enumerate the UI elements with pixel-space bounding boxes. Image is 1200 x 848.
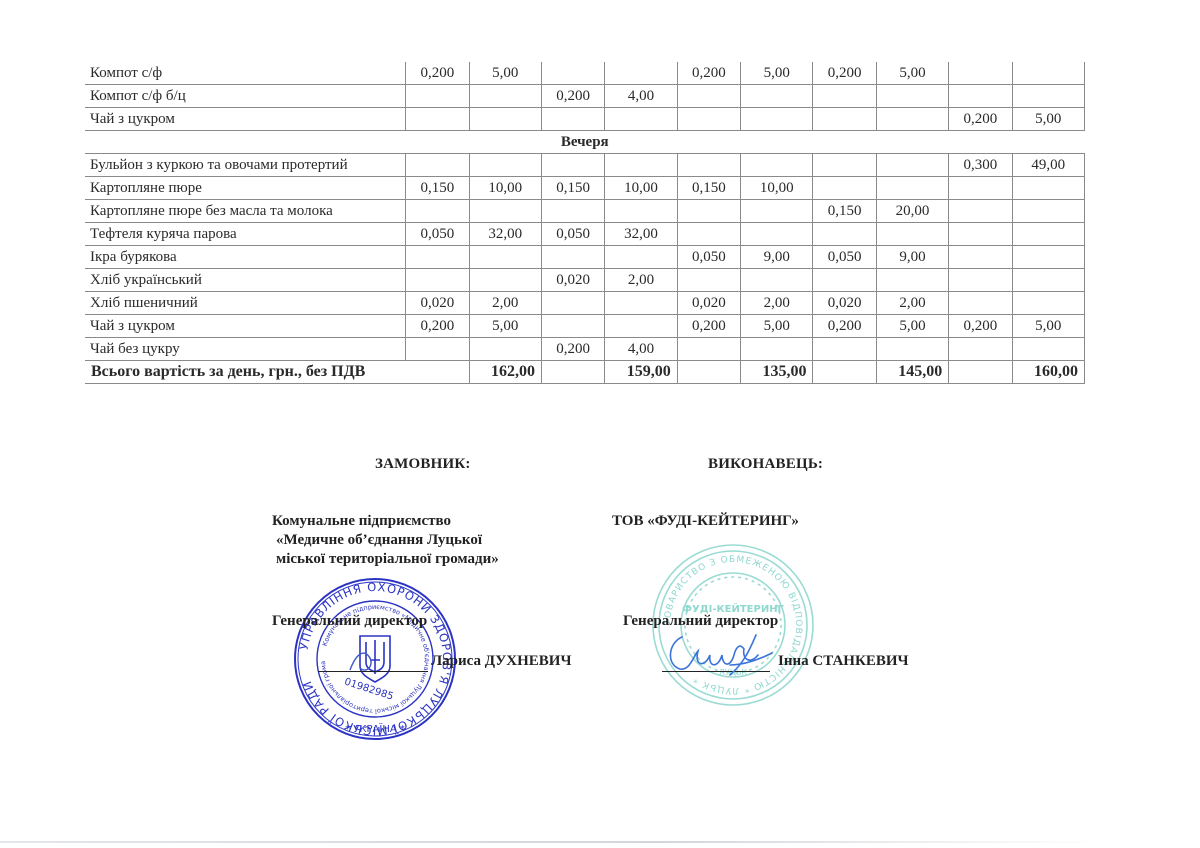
price-cell [469, 246, 541, 269]
price-cell [605, 315, 677, 338]
portion-cell [677, 338, 740, 361]
table-row: Ікра бурякова0,0509,000,0509,00 [85, 246, 1085, 269]
portion-cell [541, 315, 604, 338]
price-cell [876, 154, 948, 177]
price-cell: 2,00 [741, 292, 813, 315]
portion-cell [541, 292, 604, 315]
portion-cell: 0,150 [541, 177, 604, 200]
price-cell: 5,00 [469, 315, 541, 338]
price-cell: 32,00 [469, 223, 541, 246]
portion-cell [949, 223, 1012, 246]
price-cell [741, 223, 813, 246]
section-header-row: Вечеря [85, 131, 1085, 154]
portion-cell: 0,200 [406, 315, 469, 338]
customer-org-line-2: «Медичне об’єднання Луцької [272, 531, 499, 550]
dish-name: Чай з цукром [85, 315, 406, 338]
dish-name: Чай з цукром [85, 108, 406, 131]
portion-cell: 0,020 [677, 292, 740, 315]
total-value-3: 135,00 [741, 361, 813, 384]
portion-cell: 0,150 [406, 177, 469, 200]
total-value-2: 159,00 [605, 361, 677, 384]
table-row: Чай без цукру0,2004,00 [85, 338, 1085, 361]
contractor-heading: ВИКОНАВЕЦЬ: [708, 456, 823, 473]
contractor-organization: ТОВ «ФУДІ-КЕЙТЕРИНГ» [612, 512, 799, 531]
price-cell [1012, 223, 1084, 246]
portion-cell [949, 338, 1012, 361]
empty-cell [677, 361, 740, 384]
empty-cell [541, 361, 604, 384]
table-row: Компот с/ф0,2005,000,2005,000,2005,00 [85, 62, 1085, 85]
portion-cell [541, 154, 604, 177]
portion-cell [406, 338, 469, 361]
portion-cell [949, 200, 1012, 223]
dish-name: Бульйон з куркою та овочами протертий [85, 154, 406, 177]
page-edge [0, 841, 1100, 843]
total-value-5: 160,00 [1012, 361, 1084, 384]
price-cell [741, 269, 813, 292]
dish-name: Картопляне пюре [85, 177, 406, 200]
price-cell: 5,00 [1012, 108, 1084, 131]
table-row: Бульйон з куркою та овочами протертий0,3… [85, 154, 1085, 177]
customer-heading: ЗАМОВНИК: [375, 456, 471, 473]
portion-cell: 0,200 [541, 85, 604, 108]
dish-name: Тефтеля куряча парова [85, 223, 406, 246]
portion-cell [541, 200, 604, 223]
portion-cell [406, 85, 469, 108]
price-cell: 5,00 [876, 315, 948, 338]
price-cell: 4,00 [605, 338, 677, 361]
portion-cell: 0,150 [813, 200, 876, 223]
customer-signature-line [318, 671, 428, 672]
portion-cell [406, 269, 469, 292]
price-cell: 4,00 [605, 85, 677, 108]
portion-cell: 0,020 [541, 269, 604, 292]
portion-cell [949, 269, 1012, 292]
table-row: Тефтеля куряча парова0,05032,000,05032,0… [85, 223, 1085, 246]
price-cell: 49,00 [1012, 154, 1084, 177]
price-cell [469, 338, 541, 361]
price-cell [876, 177, 948, 200]
price-cell [1012, 292, 1084, 315]
table-row: Картопляне пюре без масла та молока0,150… [85, 200, 1085, 223]
customer-stamp-country: * УКРАЇНА * [345, 722, 405, 735]
price-cell [1012, 200, 1084, 223]
portion-cell [677, 223, 740, 246]
dish-name: Компот с/ф [85, 62, 406, 85]
price-cell [1012, 338, 1084, 361]
price-cell: 5,00 [1012, 315, 1084, 338]
portion-cell [813, 85, 876, 108]
price-cell: 10,00 [469, 177, 541, 200]
price-cell [469, 200, 541, 223]
contractor-org-line-1: ТОВ «ФУДІ-КЕЙТЕРИНГ» [612, 512, 799, 531]
price-cell [876, 108, 948, 131]
section-title: Вечеря [85, 131, 1085, 154]
price-cell [741, 108, 813, 131]
dish-name: Картопляне пюре без масла та молока [85, 200, 406, 223]
portion-cell: 0,200 [813, 315, 876, 338]
price-cell [469, 108, 541, 131]
price-cell: 5,00 [741, 315, 813, 338]
empty-cell [949, 361, 1012, 384]
portion-cell: 0,050 [813, 246, 876, 269]
portion-cell [949, 177, 1012, 200]
dish-name: Компот с/ф б/ц [85, 85, 406, 108]
price-cell: 10,00 [605, 177, 677, 200]
price-cell: 10,00 [741, 177, 813, 200]
customer-org-line-1: Комунальне підприємство [272, 512, 499, 531]
price-cell [741, 338, 813, 361]
price-cell: 9,00 [741, 246, 813, 269]
contractor-signatory-name: Інна СТАНКЕВИЧ [778, 653, 909, 670]
price-cell: 5,00 [876, 62, 948, 85]
price-cell [741, 154, 813, 177]
price-cell: 2,00 [469, 292, 541, 315]
table-row: Картопляне пюре0,15010,000,15010,000,150… [85, 177, 1085, 200]
price-cell [876, 269, 948, 292]
price-cell: 2,00 [605, 269, 677, 292]
price-cell: 5,00 [469, 62, 541, 85]
total-row: Всього вартість за день, грн., без ПДВ 1… [85, 361, 1085, 384]
trident-icon [360, 636, 390, 682]
portion-cell [677, 154, 740, 177]
portion-cell [406, 200, 469, 223]
price-cell [1012, 62, 1084, 85]
portion-cell [677, 85, 740, 108]
price-cell [741, 85, 813, 108]
price-cell [469, 85, 541, 108]
price-cell [605, 154, 677, 177]
price-cell [1012, 246, 1084, 269]
dish-name: Хліб український [85, 269, 406, 292]
portion-cell [677, 108, 740, 131]
price-cell [605, 246, 677, 269]
portion-cell [949, 62, 1012, 85]
dish-name: Ікра бурякова [85, 246, 406, 269]
portion-cell [406, 108, 469, 131]
portion-cell: 0,200 [677, 62, 740, 85]
portion-cell [406, 154, 469, 177]
portion-cell: 0,050 [541, 223, 604, 246]
rows-before-section: Компот с/ф0,2005,000,2005,000,2005,00Ком… [85, 62, 1085, 131]
table-row: Чай з цукром0,2005,00 [85, 108, 1085, 131]
price-cell [605, 108, 677, 131]
portion-cell: 0,020 [813, 292, 876, 315]
price-cell [876, 85, 948, 108]
table-row: Хліб пшеничний0,0202,000,0202,000,0202,0… [85, 292, 1085, 315]
total-value-4: 145,00 [876, 361, 948, 384]
customer-signatory-name: Лариса ДУХНЕВИЧ [431, 653, 571, 670]
portion-cell: 0,050 [677, 246, 740, 269]
price-cell [1012, 85, 1084, 108]
customer-stamp-code: 01982985 [343, 677, 395, 703]
customer-position: Генеральний директор [272, 613, 427, 630]
customer-organization: Комунальне підприємство «Медичне об’єдна… [272, 512, 499, 569]
table-row: Компот с/ф б/ц0,2004,00 [85, 85, 1085, 108]
portion-cell: 0,200 [406, 62, 469, 85]
price-cell [605, 200, 677, 223]
portion-cell [949, 292, 1012, 315]
price-cell: 9,00 [876, 246, 948, 269]
portion-cell [813, 223, 876, 246]
price-cell: 32,00 [605, 223, 677, 246]
price-cell: 20,00 [876, 200, 948, 223]
total-value-1: 162,00 [469, 361, 541, 384]
dish-name: Чай без цукру [85, 338, 406, 361]
price-cell [876, 223, 948, 246]
price-cell [1012, 177, 1084, 200]
portion-cell: 0,200 [949, 108, 1012, 131]
price-cell [469, 269, 541, 292]
price-cell [1012, 269, 1084, 292]
price-cell [741, 200, 813, 223]
portion-cell: 0,200 [541, 338, 604, 361]
menu-cost-table: Компот с/ф0,2005,000,2005,000,2005,00Ком… [85, 62, 1085, 384]
portion-cell [949, 246, 1012, 269]
price-cell [605, 62, 677, 85]
portion-cell [406, 246, 469, 269]
portion-cell: 0,020 [406, 292, 469, 315]
table-row: Хліб український0,0202,00 [85, 269, 1085, 292]
portion-cell [677, 269, 740, 292]
price-cell: 2,00 [876, 292, 948, 315]
contractor-signature-icon [660, 625, 780, 680]
portion-cell: 0,200 [813, 62, 876, 85]
portion-cell: 0,050 [406, 223, 469, 246]
portion-cell [813, 154, 876, 177]
customer-org-line-3: міської територіальної громади» [272, 550, 499, 569]
price-cell [469, 154, 541, 177]
portion-cell: 0,200 [949, 315, 1012, 338]
portion-cell [813, 338, 876, 361]
price-cell [876, 338, 948, 361]
empty-cell [813, 361, 876, 384]
portion-cell [541, 62, 604, 85]
portion-cell [541, 108, 604, 131]
portion-cell [541, 246, 604, 269]
portion-cell [677, 200, 740, 223]
dinner-rows: Бульйон з куркою та овочами протертий0,3… [85, 154, 1085, 361]
price-cell [605, 292, 677, 315]
portion-cell: 0,300 [949, 154, 1012, 177]
total-label: Всього вартість за день, грн., без ПДВ [85, 361, 469, 384]
portion-cell: 0,200 [677, 315, 740, 338]
table-row: Чай з цукром0,2005,000,2005,000,2005,000… [85, 315, 1085, 338]
portion-cell [949, 85, 1012, 108]
portion-cell [813, 108, 876, 131]
portion-cell [813, 177, 876, 200]
portion-cell [813, 269, 876, 292]
portion-cell: 0,150 [677, 177, 740, 200]
price-cell: 5,00 [741, 62, 813, 85]
dish-name: Хліб пшеничний [85, 292, 406, 315]
